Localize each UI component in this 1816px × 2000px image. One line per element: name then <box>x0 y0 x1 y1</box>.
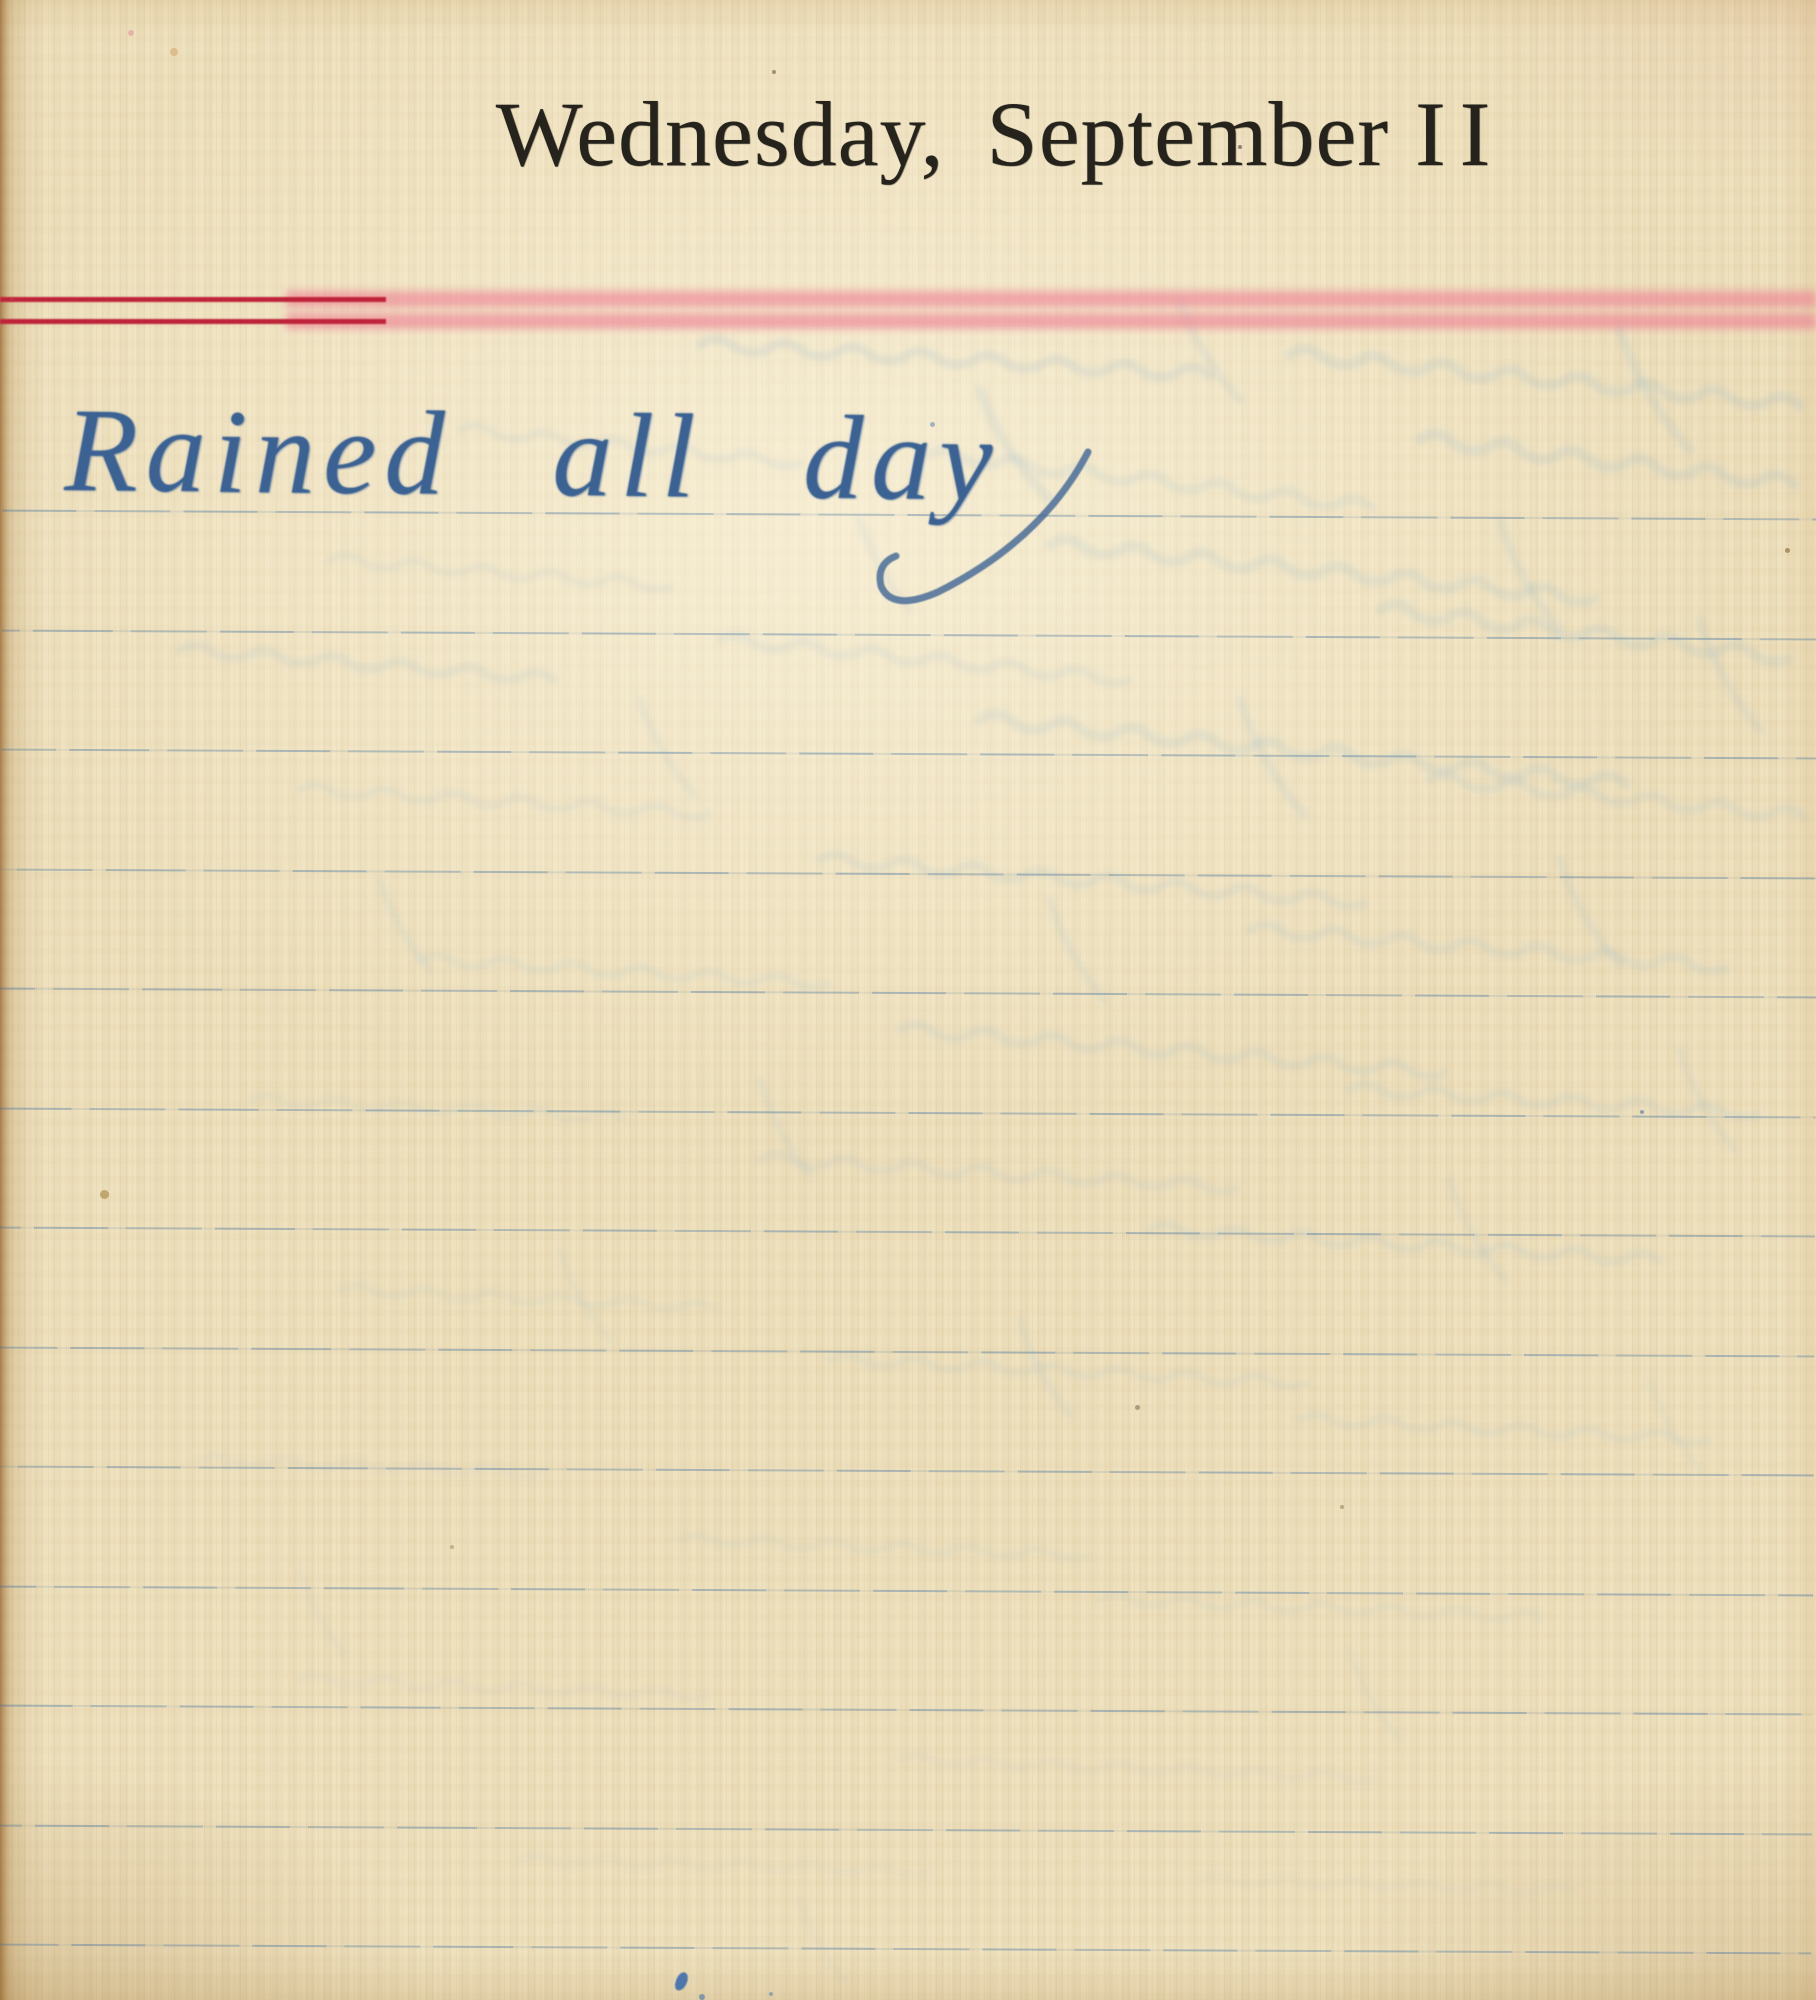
entry-y-flourish <box>880 452 1088 601</box>
paper-speck <box>10 298 14 302</box>
paper-speck <box>772 70 776 74</box>
paper-speck <box>1340 1505 1344 1509</box>
ink-blot-dot <box>699 1994 705 2000</box>
paper-speck <box>100 1190 109 1199</box>
paper-speck <box>930 422 935 427</box>
paper-speck <box>1785 548 1790 553</box>
diary-page: Wednesday, SeptemberII Rained all day <box>0 0 1816 2000</box>
paper-speck <box>128 30 134 36</box>
paper-speck <box>769 1992 773 1996</box>
handwriting-flourish-layer <box>0 0 1816 2000</box>
paper-speck <box>1238 145 1242 149</box>
paper-speck <box>450 1545 454 1549</box>
paper-speck <box>170 48 178 56</box>
paper-speck <box>1135 1405 1140 1410</box>
paper-speck <box>1640 1110 1644 1114</box>
